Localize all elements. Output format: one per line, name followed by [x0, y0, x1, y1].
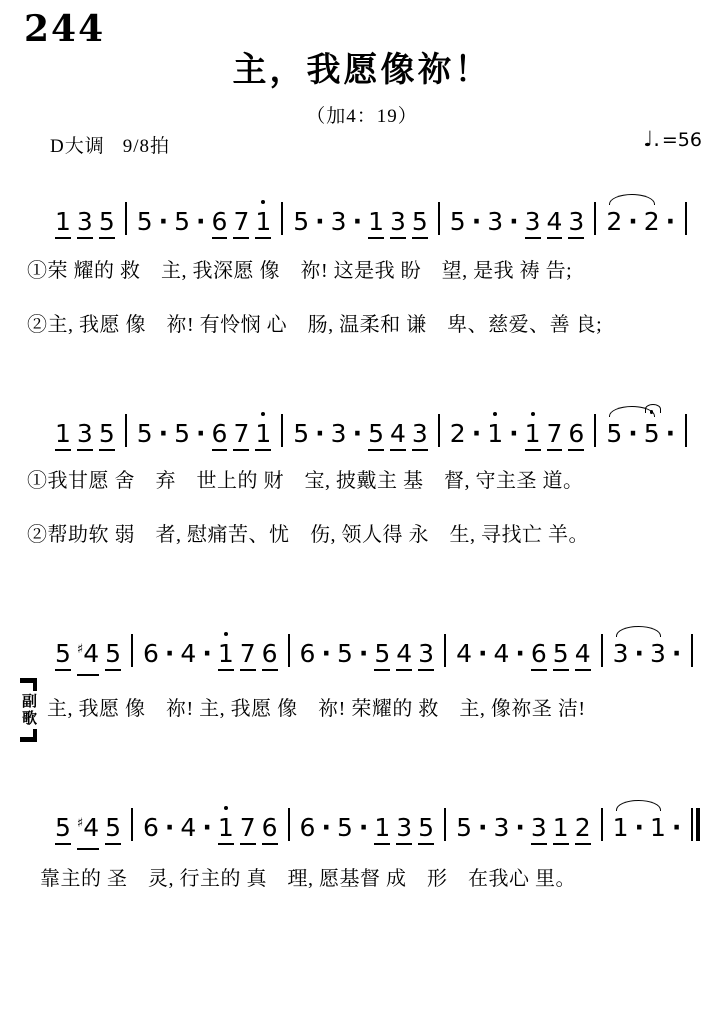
duration-dot: · [472, 208, 482, 235]
note: 1 [525, 420, 541, 451]
measure: 5·5·671 [134, 420, 275, 451]
duration-dot: · [165, 640, 175, 667]
note: 4 [180, 814, 196, 841]
note: 5 [337, 640, 353, 667]
note: 6 [262, 640, 278, 671]
duration-dot: · [202, 640, 212, 667]
measure: 5·3·135 [290, 208, 431, 239]
lyrics-section2-verse2: ②帮助软 弱 者, 慰痛苦、忧 伤, 领人得 永 生, 寻找亡 羊。 [27, 518, 589, 547]
tie-arc-group: 5·5 [603, 420, 662, 447]
note: 3 [418, 640, 434, 671]
note: 1 [553, 814, 569, 845]
note: 3 [493, 814, 509, 841]
barline [438, 414, 440, 447]
measure: 2·2· [603, 208, 678, 235]
note: 5 [55, 640, 71, 671]
duration-dot: · [478, 814, 488, 841]
duration-dot: · [359, 814, 369, 841]
duration-dot: · [359, 640, 369, 667]
scripture-reference: （加4：19） [0, 101, 724, 128]
note: 3 [77, 420, 93, 451]
note: 1 [487, 420, 503, 447]
note: 4 [456, 640, 472, 667]
note: 4 [547, 208, 563, 239]
note: 1 [650, 814, 666, 841]
measure: 135 [52, 208, 118, 239]
duration-dot: · [202, 814, 212, 841]
duration-dot: · [315, 208, 325, 235]
note: 1 [255, 208, 271, 239]
tempo-value: =56 [662, 129, 702, 151]
duration-dot: · [321, 640, 331, 667]
note: 6 [212, 420, 228, 451]
note: 5 [374, 640, 390, 671]
measure: 5·3·312 [453, 814, 594, 845]
octave-dot-icon [531, 412, 535, 416]
notation-line-2: 1355·5·6715·3·5432·1·1765·5· [52, 414, 694, 451]
duration-dot: · [315, 420, 325, 447]
note: 5 [418, 814, 434, 845]
note: 5 [337, 814, 353, 841]
note: 2 [575, 814, 591, 845]
note: 3 [331, 420, 347, 447]
note: 3 [396, 814, 412, 845]
measure: 6·4·176 [140, 814, 281, 845]
duration-dot: · [672, 640, 682, 667]
note: 7 [240, 640, 256, 671]
note: 6 [212, 208, 228, 239]
barline [594, 414, 596, 447]
barline [691, 634, 693, 667]
key-label: D大调 [50, 136, 105, 157]
note: 1 [55, 420, 71, 451]
duration-dot: · [509, 420, 519, 447]
note: 3 [77, 208, 93, 239]
note: 1 [218, 640, 234, 671]
octave-dot-icon [224, 806, 228, 810]
note: 7 [240, 814, 256, 845]
note: 5 [412, 208, 428, 239]
chorus-label: 副歌 [18, 693, 39, 727]
octave-dot-icon [261, 200, 265, 204]
note: 5 [293, 208, 309, 235]
measure: 135 [52, 420, 118, 451]
note: 6 [531, 640, 547, 671]
note: ♯4 [77, 640, 99, 676]
sharp-icon: ♯ [77, 810, 83, 837]
duration-dot: · [196, 420, 206, 447]
note: 2 [450, 420, 466, 447]
lyrics-section2-verse1: ①我甘愿 舍 弃 世上的 财 宝, 披戴主 基 督, 守主圣 道。 [27, 464, 584, 493]
note: 5 [553, 640, 569, 671]
note: 3 [390, 208, 406, 239]
duration-dot: · [159, 208, 169, 235]
hymn-sheet-page: 244 主，我愿像祢！ （加4：19） D大调9/8拍 ♩.=56 1355·5… [0, 0, 724, 1024]
note: 7 [233, 208, 249, 239]
note: 1 [374, 814, 390, 845]
barline [685, 414, 687, 447]
final-barline [696, 808, 700, 841]
measure: 6·5·135 [297, 814, 438, 845]
note: 6 [262, 814, 278, 845]
note: 2 [606, 208, 622, 235]
duration-dot: · [666, 420, 676, 447]
measure: 5♯45 [52, 640, 124, 676]
duration-dot: · [478, 640, 488, 667]
note: 4 [396, 640, 412, 671]
note: 7 [233, 420, 249, 451]
note: 5 [450, 208, 466, 235]
note: 4 [390, 420, 406, 451]
barline [594, 202, 596, 235]
chorus-bracket-top-icon [20, 678, 37, 691]
note: 6 [568, 420, 584, 451]
measure: 2·1·176 [447, 420, 588, 451]
barline [131, 634, 133, 667]
note: 6 [143, 814, 159, 841]
note: 4 [180, 640, 196, 667]
dotted-quarter-note-icon: ♩. [643, 127, 660, 151]
barline [438, 202, 440, 235]
duration-dot: · [165, 814, 175, 841]
measure: 5·5·671 [134, 208, 275, 239]
measure: 6·4·176 [140, 640, 281, 671]
barline [444, 808, 446, 841]
note: 4 [493, 640, 509, 667]
duration-dot: · [472, 420, 482, 447]
note: 4 [575, 640, 591, 671]
barline [281, 202, 283, 235]
note: 6 [143, 640, 159, 667]
note: 3 [487, 208, 503, 235]
note: 3 [650, 640, 666, 667]
measure: 5·5· [603, 420, 678, 447]
note: 3 [568, 208, 584, 239]
duration-dot: · [159, 420, 169, 447]
note: 1 [368, 208, 384, 239]
note: 5 [137, 420, 153, 447]
measure: 6·5·543 [297, 640, 438, 671]
note: 3 [531, 814, 547, 845]
note: 5 [368, 420, 384, 451]
lyrics-chorus-line2: 靠主的 圣 灵, 行主的 真 理, 愿基督 成 形 在我心 里。 [40, 862, 576, 891]
lyrics-section1-verse2: ②主, 我愿 像 祢! 有怜悯 心 肠, 温柔和 谦 卑、慈爱、善 良; [27, 308, 602, 337]
note: 5 [105, 640, 121, 671]
note: 5 [174, 208, 190, 235]
note: 2 [644, 208, 660, 235]
chorus-bracket-bottom-icon [20, 729, 37, 742]
sharp-icon: ♯ [77, 636, 83, 663]
duration-dot: · [628, 420, 638, 447]
time-signature-label: 9/8拍 [123, 136, 170, 157]
note: 5 [606, 420, 622, 447]
note: 3 [613, 640, 629, 667]
note: 3 [412, 420, 428, 451]
duration-dot: · [515, 640, 525, 667]
notation-line-4: 5♯456·4·1766·5·1355·3·3121·1· [52, 808, 707, 850]
chorus-marker: 副歌 [18, 678, 39, 742]
measure: 5♯45 [52, 814, 124, 850]
barline [685, 202, 687, 235]
barline [691, 808, 693, 841]
note: 6 [300, 640, 316, 667]
note: 5 [99, 420, 115, 451]
octave-dot-icon [224, 632, 228, 636]
note: 5 [174, 420, 190, 447]
note: 7 [547, 420, 563, 451]
tie-arc-group: 1·1 [610, 814, 669, 841]
page-title: 主，我愿像祢！ [0, 42, 724, 91]
note: 3 [525, 208, 541, 239]
barline [444, 634, 446, 667]
octave-dot-icon [261, 412, 265, 416]
note: 1 [218, 814, 234, 845]
barline [281, 414, 283, 447]
measure: 3·3· [610, 640, 685, 667]
note: 1 [613, 814, 629, 841]
barline [125, 202, 127, 235]
lyrics-section1-verse1: ①荣 耀的 救 主, 我深愿 像 祢! 这是我 盼 望, 是我 祷 告; [27, 254, 572, 283]
measure: 1·1· [610, 814, 685, 841]
note: 1 [55, 208, 71, 239]
note-with-fermata-icon: 5 [644, 420, 660, 447]
duration-dot: · [353, 208, 363, 235]
barline [131, 808, 133, 841]
note: 1 [255, 420, 271, 451]
duration-dot: · [635, 640, 645, 667]
tempo-marking: ♩.=56 [643, 127, 702, 151]
duration-dot: · [672, 814, 682, 841]
tie-arc-group: 2·2 [603, 208, 662, 235]
duration-dot: · [635, 814, 645, 841]
measure: 5·3·543 [290, 420, 431, 451]
note: 5 [105, 814, 121, 845]
note: 6 [300, 814, 316, 841]
notation-line-3: 5♯456·4·1766·5·5434·4·6543·3· [52, 634, 700, 676]
duration-dot: · [353, 420, 363, 447]
duration-dot: · [628, 208, 638, 235]
duration-dot: · [515, 814, 525, 841]
note: 5 [55, 814, 71, 845]
note: 5 [137, 208, 153, 235]
tie-arc-group: 3·3 [610, 640, 669, 667]
measure: 5·3·343 [447, 208, 588, 239]
duration-dot: · [196, 208, 206, 235]
barline [601, 808, 603, 841]
notation-line-1: 1355·5·6715·3·1355·3·3432·2· [52, 202, 694, 239]
barline [288, 634, 290, 667]
note: 5 [293, 420, 309, 447]
duration-dot: · [666, 208, 676, 235]
barline [125, 414, 127, 447]
note: ♯4 [77, 814, 99, 850]
note: 5 [99, 208, 115, 239]
key-time-signature: D大调9/8拍 [50, 131, 170, 158]
duration-dot: · [509, 208, 519, 235]
note: 3 [331, 208, 347, 235]
duration-dot: · [321, 814, 331, 841]
octave-dot-icon [493, 412, 497, 416]
measure: 4·4·654 [453, 640, 594, 671]
lyrics-chorus-line: 主, 我愿 像 祢! 主, 我愿 像 祢! 荣耀的 救 主, 像祢圣 洁! [47, 692, 585, 721]
barline [288, 808, 290, 841]
note: 5 [456, 814, 472, 841]
barline [601, 634, 603, 667]
